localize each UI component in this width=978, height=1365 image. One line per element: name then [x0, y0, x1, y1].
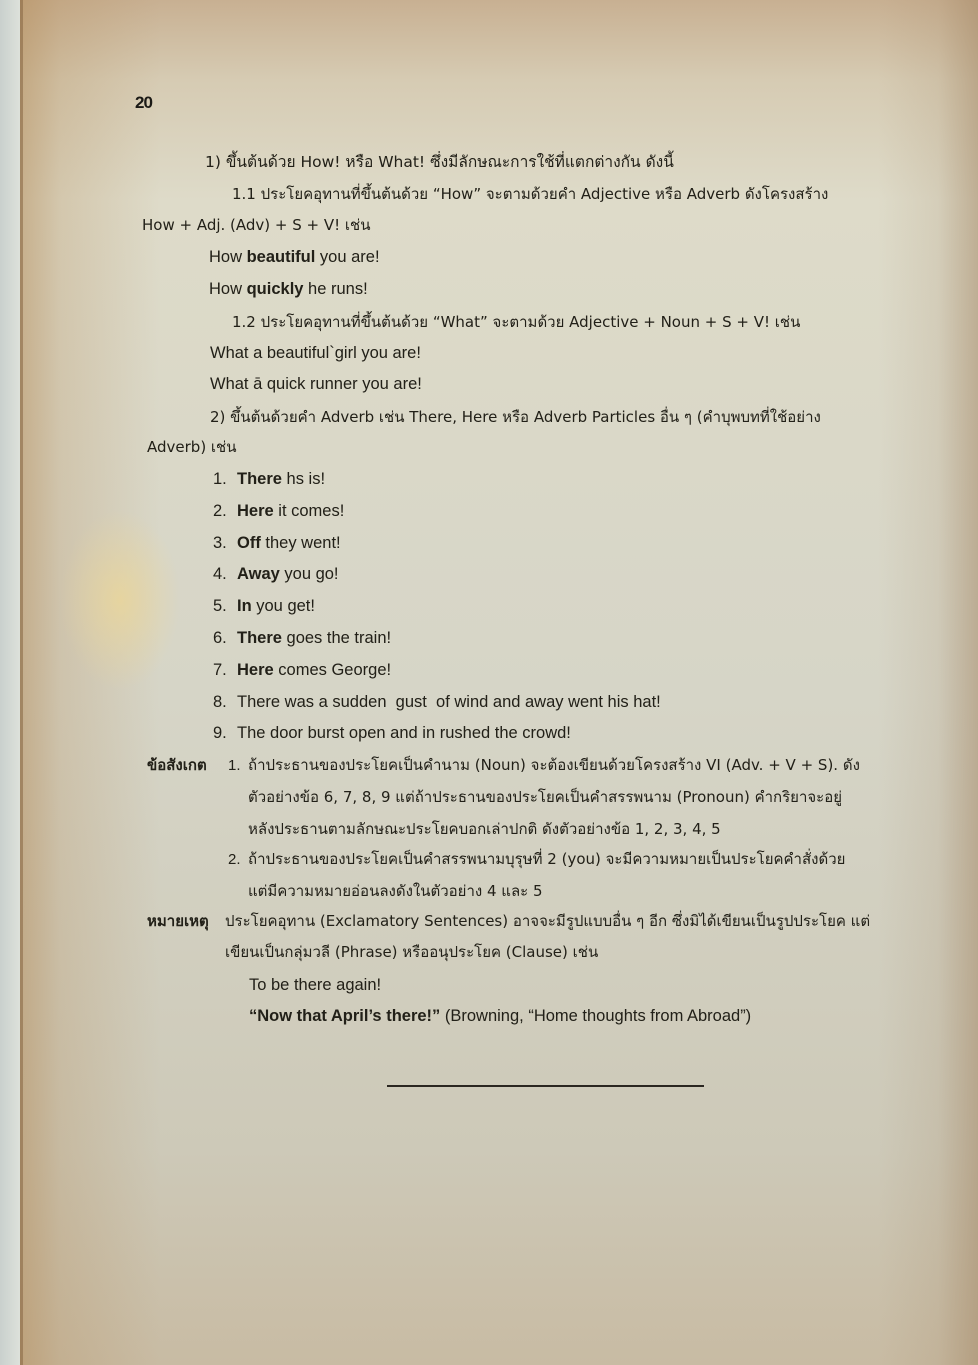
observation-label: ข้อสังเกต [147, 755, 207, 775]
adverb-example-item: 9.The door burst open and in rushed the … [213, 723, 571, 743]
observation-1-line-1: ถ้าประธานของประโยคเป็นคำนาม (Noun) จะต้อ… [248, 755, 860, 775]
adverb-example-item: 7.Here comes George! [213, 660, 391, 680]
observation-1-number: 1. [228, 756, 241, 776]
section-2-text: 2) ขึ้นต้นด้วยคำ Adverb เช่น There, Here… [210, 407, 821, 427]
example-how-1: How beautiful you are! [209, 247, 380, 267]
list-number: 2. [213, 501, 237, 521]
list-number: 8. [213, 692, 237, 712]
note-label: หมายเหตุ [147, 911, 209, 931]
scanner-backdrop [0, 0, 22, 1365]
page-number: 20 [135, 93, 152, 113]
list-number: 4. [213, 564, 237, 584]
section-1-heading: 1) ขึ้นต้นด้วย How! หรือ What! ซึ่งมีลัก… [205, 152, 674, 172]
list-number: 1. [213, 469, 237, 489]
adverb-example-item: 2.Here it comes! [213, 501, 344, 521]
list-number: 9. [213, 723, 237, 743]
note-line-2: เขียนเป็นกลุ่มวลี (Phrase) หรืออนุประโยค… [225, 942, 598, 962]
observation-1-line-2: ตัวอย่างข้อ 6, 7, 8, 9 แต่ถ้าประธานของปร… [248, 787, 842, 807]
adverb-example-item: 1.There hs is! [213, 469, 325, 489]
observation-2-number: 2. [228, 850, 241, 870]
adverb-example-item: 8.There was a sudden gust of wind and aw… [213, 692, 661, 712]
observation-2-line-2: แต่มีความหมายอ่อนลงดังในตัวอย่าง 4 และ 5 [248, 881, 543, 901]
section-end-rule [387, 1085, 704, 1087]
observation-1-line-3: หลังประธานตามลักษณะประโยคบอกเล่าปกติ ดัง… [248, 819, 721, 839]
observation-2-line-1: ถ้าประธานของประโยคเป็นคำสรรพนามบุรุษที่ … [248, 849, 845, 869]
section-1-1-structure: How + Adj. (Adv) + S + V! เช่น [142, 215, 371, 235]
book-page [20, 0, 978, 1365]
adverb-example-item: 6.There goes the train! [213, 628, 391, 648]
list-number: 5. [213, 596, 237, 616]
adverb-example-item: 4.Away you go! [213, 564, 339, 584]
example-how-2: How quickly he runs! [209, 279, 368, 299]
example-what-2: What ā quick runner you are! [210, 374, 422, 394]
note-example-2: “Now that April’s there!” (Browning, “Ho… [249, 1006, 751, 1026]
list-number: 3. [213, 533, 237, 553]
section-2-text-cont: Adverb) เช่น [147, 437, 237, 457]
note-line-1: ประโยคอุทาน (Exclamatory Sentences) อาจจ… [225, 911, 870, 931]
list-number: 6. [213, 628, 237, 648]
example-what-1: What a beautiful`girl you are! [210, 343, 421, 363]
section-1-1-text: 1.1 ประโยคอุทานที่ขึ้นต้นด้วย “How” จะตา… [232, 184, 828, 204]
list-number: 7. [213, 660, 237, 680]
note-example-1: To be there again! [249, 975, 381, 995]
adverb-example-item: 5.In you get! [213, 596, 315, 616]
adverb-example-item: 3.Off they went! [213, 533, 341, 553]
section-1-2-text: 1.2 ประโยคอุทานที่ขึ้นต้นด้วย “What” จะต… [232, 312, 800, 332]
